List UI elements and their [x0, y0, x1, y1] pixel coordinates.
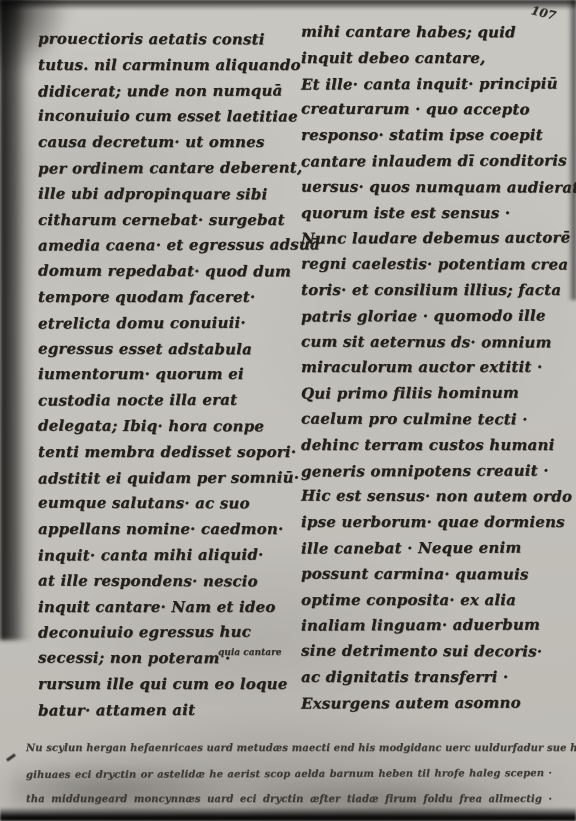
manuscript-line: Qui primo filiis hominum: [301, 381, 553, 408]
manuscript-line: Exsurgens autem asomno: [301, 690, 553, 717]
manuscript-line: tenti membra dedisset sopori·: [38, 440, 292, 466]
manuscript-line: rursum ille qui cum eo loque: [38, 672, 292, 698]
manuscript-line: cum sit aeternus ds· omnium: [301, 329, 553, 356]
manuscript-line: egressus esset adstabula: [38, 336, 292, 363]
manuscript-line: responso· statim ipse coepit: [301, 123, 553, 149]
photo-edge-right: [568, 0, 576, 300]
photo-edge-top: [0, 0, 576, 10]
manuscript-line: inquit debeo cantare,: [301, 46, 553, 72]
manuscript-line: batur· attamen ait: [38, 697, 292, 724]
manuscript-line: tutus. nil carminum aliquando: [38, 53, 292, 79]
manuscript-line: deconuiuio egressus huc: [38, 620, 292, 647]
manuscript-line: eumque salutans· ac suo: [38, 491, 292, 518]
manuscript-line: etrelicta domu conuiuii·: [38, 310, 292, 337]
manuscript-line: sine detrimento sui decoris·: [301, 639, 553, 666]
manuscript-line: ipse uerborum· quae dormiens: [301, 510, 553, 536]
hymn-line: gihuaes eci dryctin or astelidæ he aeris…: [26, 761, 552, 788]
interlinear-gloss: quia cantare: [218, 648, 282, 658]
manuscript-line: toris· et consilium illius; facta: [301, 278, 553, 304]
hymn-line: tha middungeard moncynnæs uard eci dryct…: [26, 787, 552, 813]
manuscript-line: cantare inlaudem dī conditoris: [301, 148, 553, 175]
manuscript-line: generis omnipotens creauit ·: [301, 458, 553, 485]
manuscript-line: delegata; Ibiq· hora conpe: [38, 414, 292, 441]
manuscript-line: citharum cernebat· surgebat: [38, 208, 292, 234]
manuscript-line: inquit· canta mihi aliquid·: [38, 542, 292, 569]
manuscript-line: inquit cantare· Nam et ideo: [38, 595, 292, 621]
manuscript-line: possunt carmina· quamuis: [301, 561, 553, 588]
manuscript-line: ille canebat · Neque enim: [301, 535, 553, 562]
manuscript-line: amedia caena· et egressus adsuā: [38, 233, 292, 260]
manuscript-line: Nunc laudare debemus auctorē: [301, 226, 553, 253]
manuscript-line: domum repedabat· quod dum: [38, 259, 292, 286]
manuscript-line: optime conposita· ex alia: [301, 588, 553, 614]
manuscript-line: custodia nocte illa erat: [38, 388, 292, 415]
manuscript-line: tempore quodam faceret·: [38, 285, 292, 311]
manuscript-page-photo: 107 prouectioris aetatis constitutus. ni…: [0, 0, 576, 821]
manuscript-line: didicerat; unde non numquā: [38, 78, 292, 105]
manuscript-line: miraculorum auctor extitit ·: [301, 355, 553, 381]
manuscript-line: creaturarum · quo accepto: [301, 97, 553, 124]
manuscript-line: iumentorum· quorum ei: [38, 362, 292, 388]
photo-edge-left: [0, 0, 34, 640]
manuscript-line: adstitit ei quidam per somniū·: [38, 465, 292, 492]
text-column-left: prouectioris aetatis constitutus. nil ca…: [38, 27, 292, 724]
footer-old-english-hymn: Nu scylun hergan hefaenricaes uard metud…: [26, 736, 552, 813]
text-column-right: mihi cantare habes; quidinquit debeo can…: [301, 20, 553, 717]
manuscript-line: regni caelestis· potentiam crea: [301, 252, 553, 279]
manuscript-line: Et ille· canta inquit· principiū: [301, 71, 553, 98]
manuscript-line: ille ubi adpropinquare sibi: [38, 181, 292, 208]
manuscript-line: Hic est sensus· non autem ordo: [301, 484, 553, 511]
manuscript-line: causa decretum· ut omnes: [38, 130, 292, 156]
manuscript-line: prouectioris aetatis consti: [38, 27, 292, 54]
hymn-line: Nu scylun hergan hefaenricaes uard metud…: [26, 736, 552, 762]
manuscript-line: at ille respondens· nescio: [38, 568, 292, 595]
manuscript-line: quorum iste est sensus ·: [301, 201, 553, 227]
manuscript-line: patris gloriae · quomodo ille: [301, 303, 553, 330]
manuscript-line: inaliam linguam· aduerbum: [301, 613, 553, 640]
manuscript-line: uersus· quos numquam audierat ·: [301, 174, 553, 201]
manuscript-line: appellans nomine· caedmon·: [38, 517, 292, 543]
manuscript-line: per ordinem cantare deberent,: [38, 155, 292, 182]
manuscript-line: ac dignitatis transferri ·: [301, 665, 553, 691]
manuscript-line: mihi cantare habes; quid: [301, 20, 553, 47]
manuscript-line: inconuiuio cum esset laetitiae: [38, 104, 292, 131]
manuscript-line: caelum pro culmine tecti ·: [301, 407, 553, 434]
manuscript-line: dehinc terram custos humani: [301, 433, 553, 459]
